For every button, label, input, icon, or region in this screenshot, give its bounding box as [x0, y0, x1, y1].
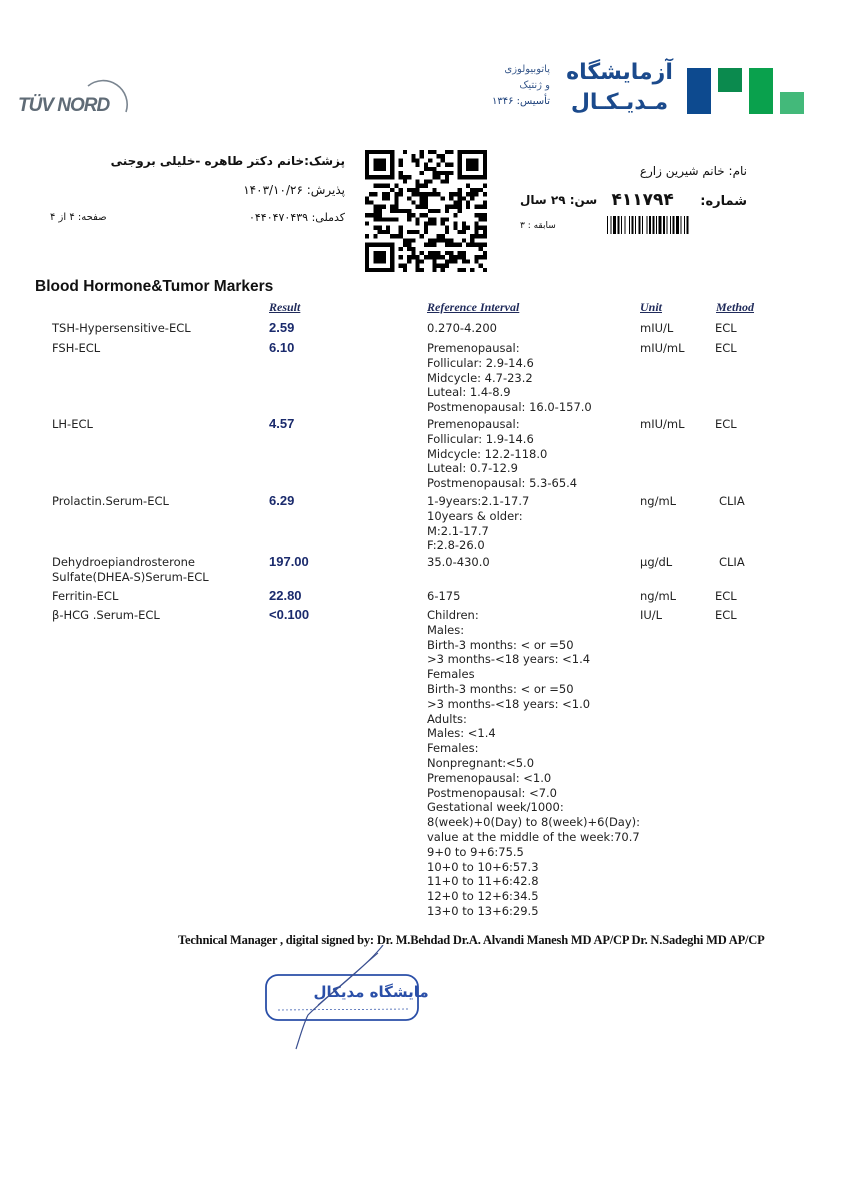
test-name: Dehydroepiandrosterone Sulfate(DHEA-S)Se… [52, 555, 252, 585]
test-name: Prolactin.Serum-ECL [52, 494, 252, 509]
test-unit: IU/L [640, 608, 662, 623]
patient-name: نام: خانم شیرین زارع [640, 164, 747, 178]
patient-history: سابقه : ۳ [520, 221, 556, 231]
column-header-reference: Reference Interval [427, 300, 519, 315]
test-result: <0.100 [269, 608, 309, 623]
reference-interval: Premenopausal: Follicular: 1.9-14.6 Midc… [427, 417, 647, 491]
lab-name-line2: مـدیـکـال [562, 88, 677, 118]
reference-interval: 35.0-430.0 [427, 555, 647, 570]
test-result: 197.00 [269, 555, 309, 570]
logo-square-darkgreen-icon [718, 68, 742, 92]
stamp-text: آزمایشگاه مدیکال [314, 983, 428, 1001]
national-id: کدملی: ۰۴۴۰۴۷۰۴۳۹ [249, 211, 345, 224]
logo-square-lightgreen-icon [780, 92, 804, 114]
section-title: Blood Hormone&Tumor Markers [35, 278, 273, 296]
patient-number-label: شماره: [700, 194, 747, 209]
column-header-method: Method [716, 300, 754, 315]
test-unit: µg/dL [640, 555, 672, 570]
lab-logo: پاتوبیولوزی و ژنتیک تأسیس: ۱۳۴۶ آزمایشگا… [490, 62, 810, 120]
logo-square-blue-icon [687, 68, 711, 114]
test-method: ECL [715, 608, 737, 623]
test-result: 4.57 [269, 417, 294, 432]
test-method: ECL [715, 589, 737, 604]
lab-subtitle-line1: پاتوبیولوزی [490, 62, 550, 78]
reference-interval: 6-175 [427, 589, 647, 604]
tuv-nord-text: TÜV NORD [18, 95, 109, 117]
lab-subtitle: پاتوبیولوزی و ژنتیک تأسیس: ۱۳۴۶ [490, 62, 550, 110]
test-name: TSH-Hypersensitive-ECL [52, 321, 252, 336]
admission-date: پذیرش: ۱۴۰۳/۱۰/۲۶ [243, 183, 345, 197]
test-method: ECL [715, 341, 737, 356]
qr-code-icon [364, 150, 488, 272]
test-unit: ng/mL [640, 589, 676, 604]
test-name: Ferritin-ECL [52, 589, 252, 604]
test-unit: ng/mL [640, 494, 676, 509]
column-header-unit: Unit [640, 300, 662, 315]
test-method: CLIA [719, 555, 745, 570]
test-unit: mIU/L [640, 321, 673, 336]
test-result: 2.59 [269, 321, 294, 336]
test-result: 22.80 [269, 589, 302, 604]
test-method: CLIA [719, 494, 745, 509]
test-method: ECL [715, 417, 737, 432]
page-number: صفحه: ۴ از ۴ [50, 212, 107, 223]
test-name: FSH-ECL [52, 341, 252, 356]
referring-doctor: پزشک:خانم دکتر طاهره -خلیلی بروجنی [111, 154, 345, 168]
lab-name-line1: آزمایشگاه [562, 58, 677, 88]
lab-subtitle-line2: و ژنتیک [490, 78, 550, 94]
reference-interval: 0.270-4.200 [427, 321, 647, 336]
barcode-icon [607, 216, 747, 234]
test-unit: mIU/mL [640, 417, 685, 432]
lab-name: آزمایشگاه مـدیـکـال [562, 58, 677, 118]
reference-interval: Children: Males: Birth-3 months: < or =5… [427, 608, 647, 919]
test-unit: mIU/mL [640, 341, 685, 356]
test-result: 6.29 [269, 494, 294, 509]
test-method: ECL [715, 321, 737, 336]
column-header-result: Result [269, 300, 300, 315]
test-name: LH-ECL [52, 417, 252, 432]
test-name: β-HCG .Serum-ECL [52, 608, 252, 623]
lab-stamp-icon: آزمایشگاه مدیکال [258, 945, 428, 1055]
logo-square-green-icon [749, 68, 773, 114]
test-result: 6.10 [269, 341, 294, 356]
patient-number: شماره: ۴۱۱۷۹۴ [611, 190, 747, 210]
lab-established: تأسیس: ۱۳۴۶ [490, 94, 550, 110]
patient-age: سن: ۲۹ سال [520, 193, 597, 207]
reference-interval: 1-9years:2.1-17.7 10years & older: M:2.1… [427, 494, 647, 553]
patient-number-value: ۴۱۱۷۹۴ [611, 190, 673, 210]
tuv-nord-logo: TÜV NORD [18, 72, 128, 122]
reference-interval: Premenopausal: Follicular: 2.9-14.6 Midc… [427, 341, 647, 415]
